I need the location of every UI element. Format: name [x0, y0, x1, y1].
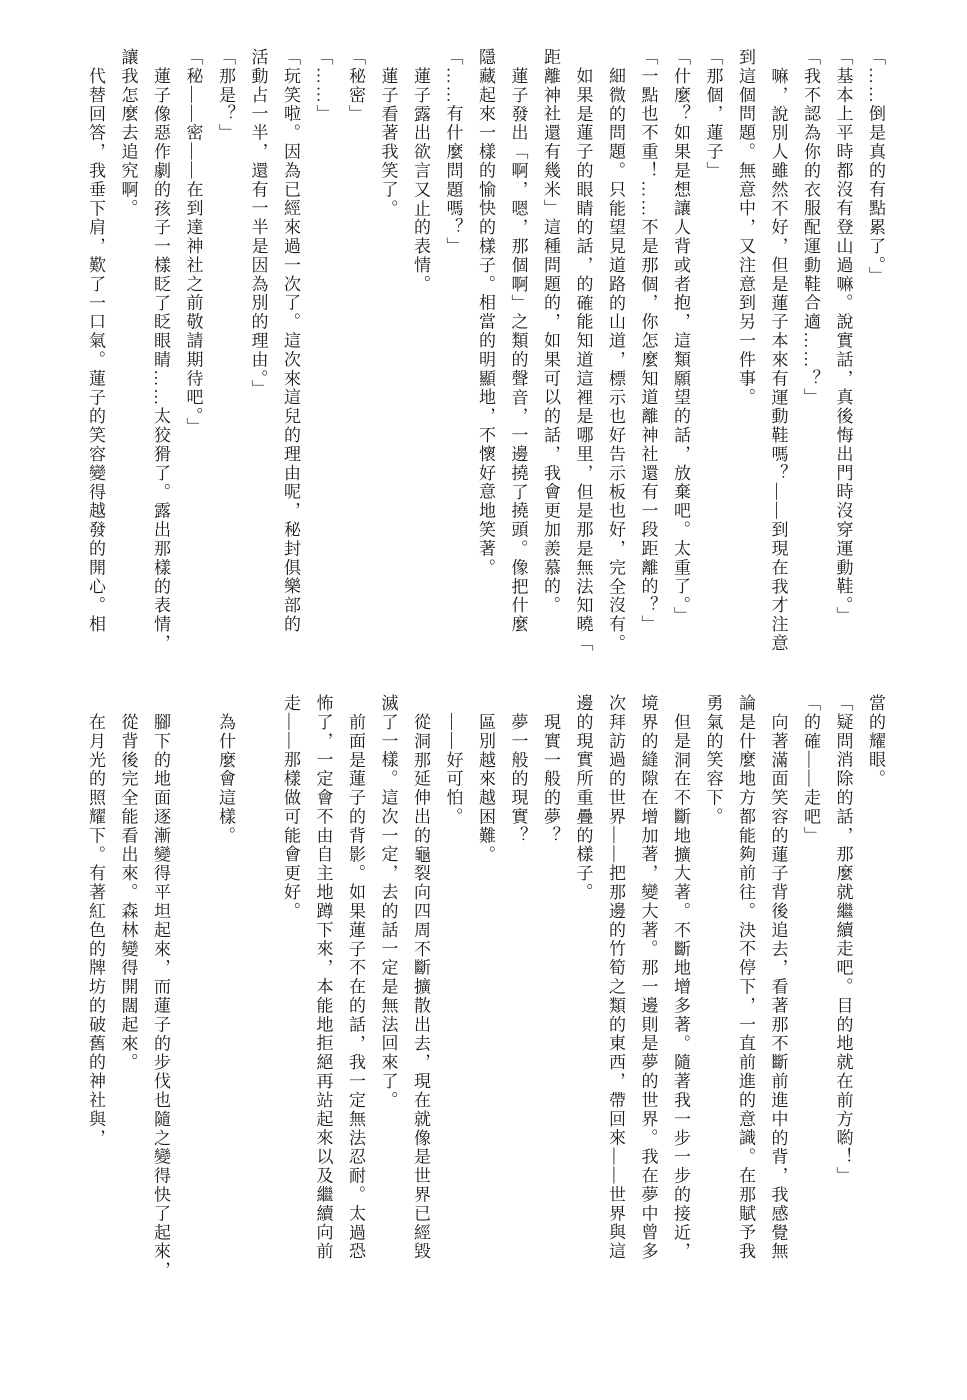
text-column: 「那是？」 — [209, 48, 242, 678]
text-column: 「基本上平時都沒有登山過嘛。說實話，真後悔出門時沒穿運動鞋。」 — [826, 48, 859, 678]
text-column: 現實一般的夢？ — [534, 694, 567, 1294]
text-column: 「一點也不重！……不是那個，你怎麼知道離神社還有一段距離的？」 — [631, 48, 664, 678]
text-column: 邊的現實所重疊的樣子。 — [566, 694, 599, 1294]
text-column: 「秘密」 — [339, 48, 372, 678]
text-column: 「疑問消除的話，那麼就繼續走吧。目的地就在前方喲！」 — [826, 694, 859, 1294]
text-column: 蓮子像惡作劇的孩子一樣眨了眨眼睛……太狡猾了。露出那樣的表情， — [144, 48, 177, 678]
top-text-block: 「……倒是真的有點累了。」「基本上平時都沒有登山過嘛。說實話，真後悔出門時沒穿運… — [79, 48, 892, 678]
text-column: 向著滿面笑容的蓮子背後追去，看著那不斷前進中的背，我感覺無 — [761, 694, 794, 1294]
text-column: 代替回答，我垂下肩，歎了一口氣。蓮子的笑容變得越發的開心。相 — [79, 48, 112, 678]
text-column: 論是什麼地方都能夠前往。決不停下，一直前進的意識。在那賦予我 — [729, 694, 762, 1294]
text-column: 為什麼會這樣。 — [209, 694, 242, 1294]
text-column: 「我不認為你的衣服配運動鞋合適……？」 — [794, 48, 827, 678]
text-column: 「秘——密——在到達神社之前敬請期待吧。」 — [176, 48, 209, 678]
text-column: 蓮子看著我笑了。 — [371, 48, 404, 678]
text-column: 怖了，一定會不由自主地蹲下來，本能地拒絕再站起來以及繼續向前 — [306, 694, 339, 1294]
text-column: 讓我怎麼去追究啊。 — [111, 48, 144, 678]
text-column: 距離神社還有幾米」這種問題的，如果可以的話，我會更加羨慕的。 — [534, 48, 567, 678]
bottom-text-block: 當的耀眼。「疑問消除的話，那麼就繼續走吧。目的地就在前方喲！」「的確——走吧」向… — [79, 694, 892, 1294]
text-column: 走——那樣做可能會更好。 — [274, 694, 307, 1294]
text-column: 「……」 — [306, 48, 339, 678]
text-column: 前面是蓮子的背影。如果蓮子不在的話，我一定無法忍耐。太過恐 — [339, 694, 372, 1294]
text-column: 嘛，說別人雖然不好，但是蓮子本來有運動鞋嗎？——到現在我才注意 — [761, 48, 794, 678]
text-column: 「的確——走吧」 — [794, 694, 827, 1294]
text-column: 從背後完全能看出來。森林變得開闊起來。 — [111, 694, 144, 1294]
text-column: 區別越來越困難。 — [469, 694, 502, 1294]
text-column: 夢一般的現實？ — [501, 694, 534, 1294]
text-column: 次拜訪過的世界——把那邊的竹筍之類的東西，帶回來——世界與這 — [599, 694, 632, 1294]
text-column: 活動占一半，還有一半是因為別的理由。」 — [241, 48, 274, 678]
text-column: 滅了一樣。這次一定，去的話一定是無法回來了。 — [371, 694, 404, 1294]
text-column: 蓮子露出欲言又止的表情。 — [404, 48, 437, 678]
text-column: 到這個問題。無意中，又注意到另一件事。 — [729, 48, 762, 678]
text-column: 境界的縫隙在增加著，變大著。那一邊則是夢的世界。我在夢中曾多 — [631, 694, 664, 1294]
text-column: 「玩笑啦。因為已經來過一次了。這次來這兒的理由呢，秘封俱樂部的 — [274, 48, 307, 678]
text-column: 在月光的照耀下。有著紅色的牌坊的破舊的神社與， — [79, 694, 112, 1294]
text-column: 「那個，蓮子」 — [696, 48, 729, 678]
novel-page: 「……倒是真的有點累了。」「基本上平時都沒有登山過嘛。說實話，真後悔出門時沒穿運… — [0, 0, 967, 1400]
text-column: 「什麼？如果是想讓人背或者抱，這類願望的話，放棄吧。太重了。」 — [664, 48, 697, 678]
text-column: ——好可怕。 — [436, 694, 469, 1294]
text-column: 細微的問題。只能望見道路的山道，標示也好告示板也好，完全沒有。 — [599, 48, 632, 678]
text-column: 但是洞在不斷地擴大著。不斷地增多著。隨著我一步一步的接近， — [664, 694, 697, 1294]
text-column: 「……有什麼問題嗎？」 — [436, 48, 469, 678]
text-column: 如果是蓮子的眼睛的話，的確能知道這裡是哪里，但是那是無法知曉「 — [566, 48, 599, 678]
text-column: 「……倒是真的有點累了。」 — [859, 48, 892, 678]
text-column: 從洞那延伸出的龜裂向四周不斷擴散出去，現在就像是世界已經毀 — [404, 694, 437, 1294]
text-column: 勇氣的笑容下。 — [696, 694, 729, 1294]
text-column: 腳下的地面逐漸變得平坦起來，而蓮子的步伐也隨之變得快了起來， — [144, 694, 177, 1294]
text-column: 蓮子發出「啊，嗯，那個啊」之類的聲音，一邊撓了撓頭。像把什麼 — [501, 48, 534, 678]
text-column: 隱藏起來一樣的愉快的樣子。相當的明顯地，不懷好意地笑著。 — [469, 48, 502, 678]
text-column: 當的耀眼。 — [859, 694, 892, 1294]
